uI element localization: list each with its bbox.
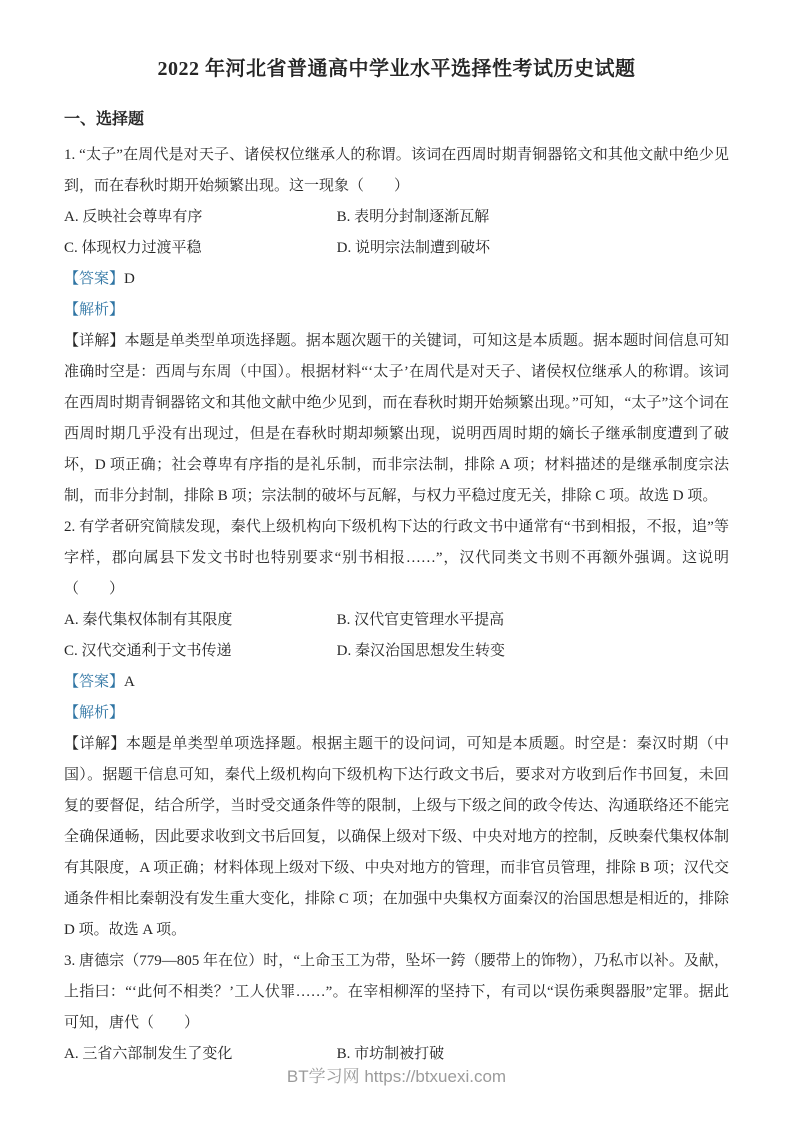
question-1-analysis-line: 【解析】 xyxy=(64,295,729,326)
question-2-answer-line: 【答案】A xyxy=(64,667,729,698)
analysis-label: 【解析】 xyxy=(64,705,124,721)
question-2-detail: 【详解】本题是单类型单项选择题。根据主题干的设问词，可知是本质题。时空是：秦汉时… xyxy=(64,729,729,946)
question-1-detail: 【详解】本题是单类型单项选择题。据本题次题干的关键词，可知这是本质题。据本题时间… xyxy=(64,326,729,512)
detail-label: 【详解】 xyxy=(64,333,124,349)
question-2-analysis-line: 【解析】 xyxy=(64,698,729,729)
question-1-option-a: A. 反映社会尊卑有序 xyxy=(64,202,337,233)
analysis-label: 【解析】 xyxy=(64,302,124,318)
question-1-stem: 1. “太子”在周代是对天子、诸侯权位继承人的称谓。该词在西周时期青铜器铭文和其… xyxy=(64,140,729,202)
question-3: 3. 唐德宗（779—805 年在位）时，“上命玉工为带，坠坏一銙（腰带上的饰物… xyxy=(64,946,729,1070)
question-2-stem: 2. 有学者研究简牍发现，秦代上级机构向下级机构下达的行政文书中通常有“书到相报… xyxy=(64,512,729,605)
question-1-answer-value: D xyxy=(124,271,135,287)
question-3-stem: 3. 唐德宗（779—805 年在位）时，“上命玉工为带，坠坏一銙（腰带上的饰物… xyxy=(64,946,729,1039)
question-1-detail-text: 本题是单类型单项选择题。据本题次题干的关键词，可知这是本质题。据本题时间信息可知… xyxy=(64,333,729,504)
question-1-option-b: B. 表明分封制逐渐瓦解 xyxy=(337,202,729,233)
question-2-options: A. 秦代集权体制有其限度 B. 汉代官吏管理水平提高 C. 汉代交通利于文书传… xyxy=(64,605,729,667)
document-page: 2022 年河北省普通高中学业水平选择性考试历史试题 一、选择题 1. “太子”… xyxy=(0,0,793,1122)
question-2-option-b: B. 汉代官吏管理水平提高 xyxy=(337,605,729,636)
answer-label: 【答案】 xyxy=(64,271,124,287)
section-heading: 一、选择题 xyxy=(64,104,729,136)
question-2-answer-value: A xyxy=(124,674,135,690)
document-title: 2022 年河北省普通高中学业水平选择性考试历史试题 xyxy=(64,54,729,84)
question-1-option-c: C. 体现权力过渡平稳 xyxy=(64,233,337,264)
answer-label: 【答案】 xyxy=(64,674,124,690)
question-1: 1. “太子”在周代是对天子、诸侯权位继承人的称谓。该词在西周时期青铜器铭文和其… xyxy=(64,140,729,512)
question-1-option-d: D. 说明宗法制遭到破坏 xyxy=(337,233,729,264)
question-2-option-c: C. 汉代交通利于文书传递 xyxy=(64,636,337,667)
site-watermark: BT学习网 https://btxuexi.com xyxy=(0,1062,793,1087)
question-2-option-d: D. 秦汉治国思想发生转变 xyxy=(337,636,729,667)
detail-label: 【详解】 xyxy=(64,736,126,752)
question-1-answer-line: 【答案】D xyxy=(64,264,729,295)
question-1-options: A. 反映社会尊卑有序 B. 表明分封制逐渐瓦解 C. 体现权力过渡平稳 D. … xyxy=(64,202,729,264)
question-2: 2. 有学者研究简牍发现，秦代上级机构向下级机构下达的行政文书中通常有“书到相报… xyxy=(64,512,729,946)
question-2-detail-text: 本题是单类型单项选择题。根据主题干的设问词，可知是本质题。时空是：秦汉时期（中国… xyxy=(64,736,729,938)
question-2-option-a: A. 秦代集权体制有其限度 xyxy=(64,605,337,636)
